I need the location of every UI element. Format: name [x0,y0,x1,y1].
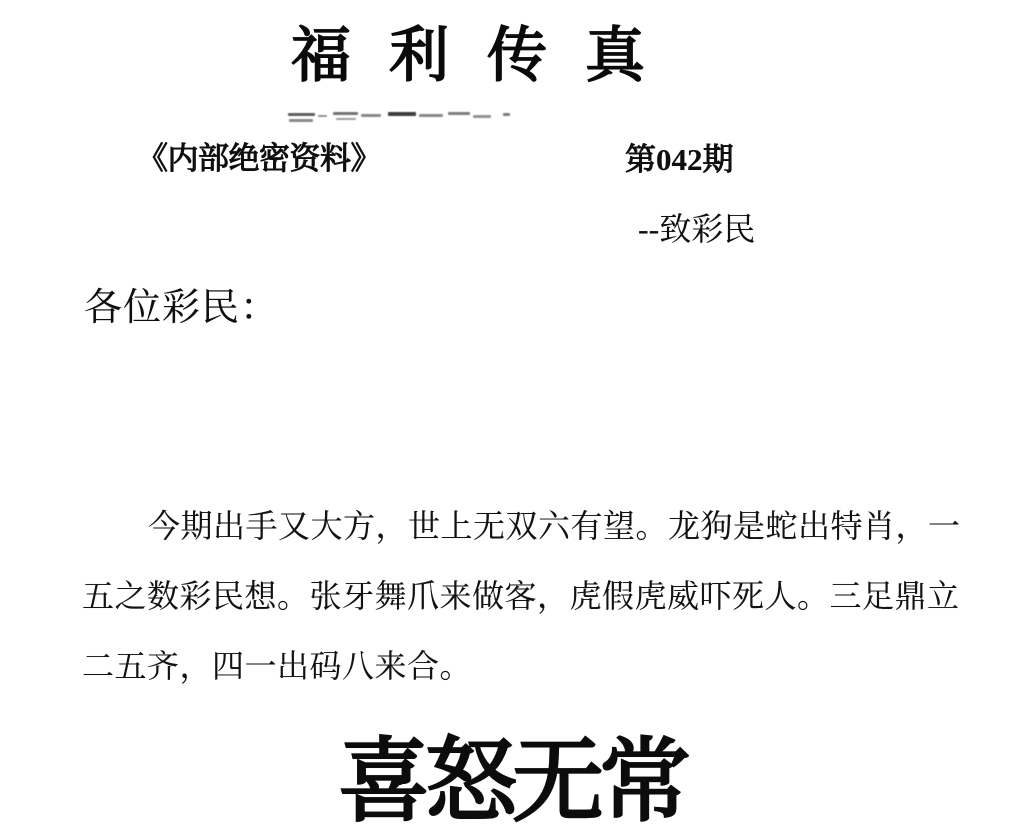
verse-line-3: 二五齐，四一出码八来合。 [82,641,472,687]
smudge-fragment [336,118,356,120]
page-title: 福利传真 [291,24,683,87]
smudge-fragment [333,112,358,115]
smudge-fragment [419,114,443,117]
dedication-line: --致彩民 [638,204,755,250]
smudge-fragment [473,115,491,118]
verse-line-1: 今期出手又大方，世上无双六有望。龙狗是蛇出特肖，一 [82,501,961,547]
salutation: 各位彩民： [84,276,279,331]
smudge-fragment [388,112,416,116]
issue-number: 第042期 [625,134,734,179]
fax-document-page: 福利传真 《内部绝密资料》 第042期 --致彩民 各位彩民： 今期出手又大方，… [0,0,1024,840]
smudge-fragment [288,113,315,116]
smudge-fragment [318,115,327,117]
footer-phrase: 喜怒无常 [338,708,686,840]
smudge-fragment [289,119,313,122]
smudge-fragment [503,113,510,116]
verse-line-2: 五之数彩民想。张牙舞爪来做客，虎假虎威吓死人。三足鼎立 [82,571,960,617]
smudge-fragment [448,112,470,115]
smudge-fragment [361,114,381,117]
doc-secrecy-label: 《内部绝密资料》 [137,133,381,178]
